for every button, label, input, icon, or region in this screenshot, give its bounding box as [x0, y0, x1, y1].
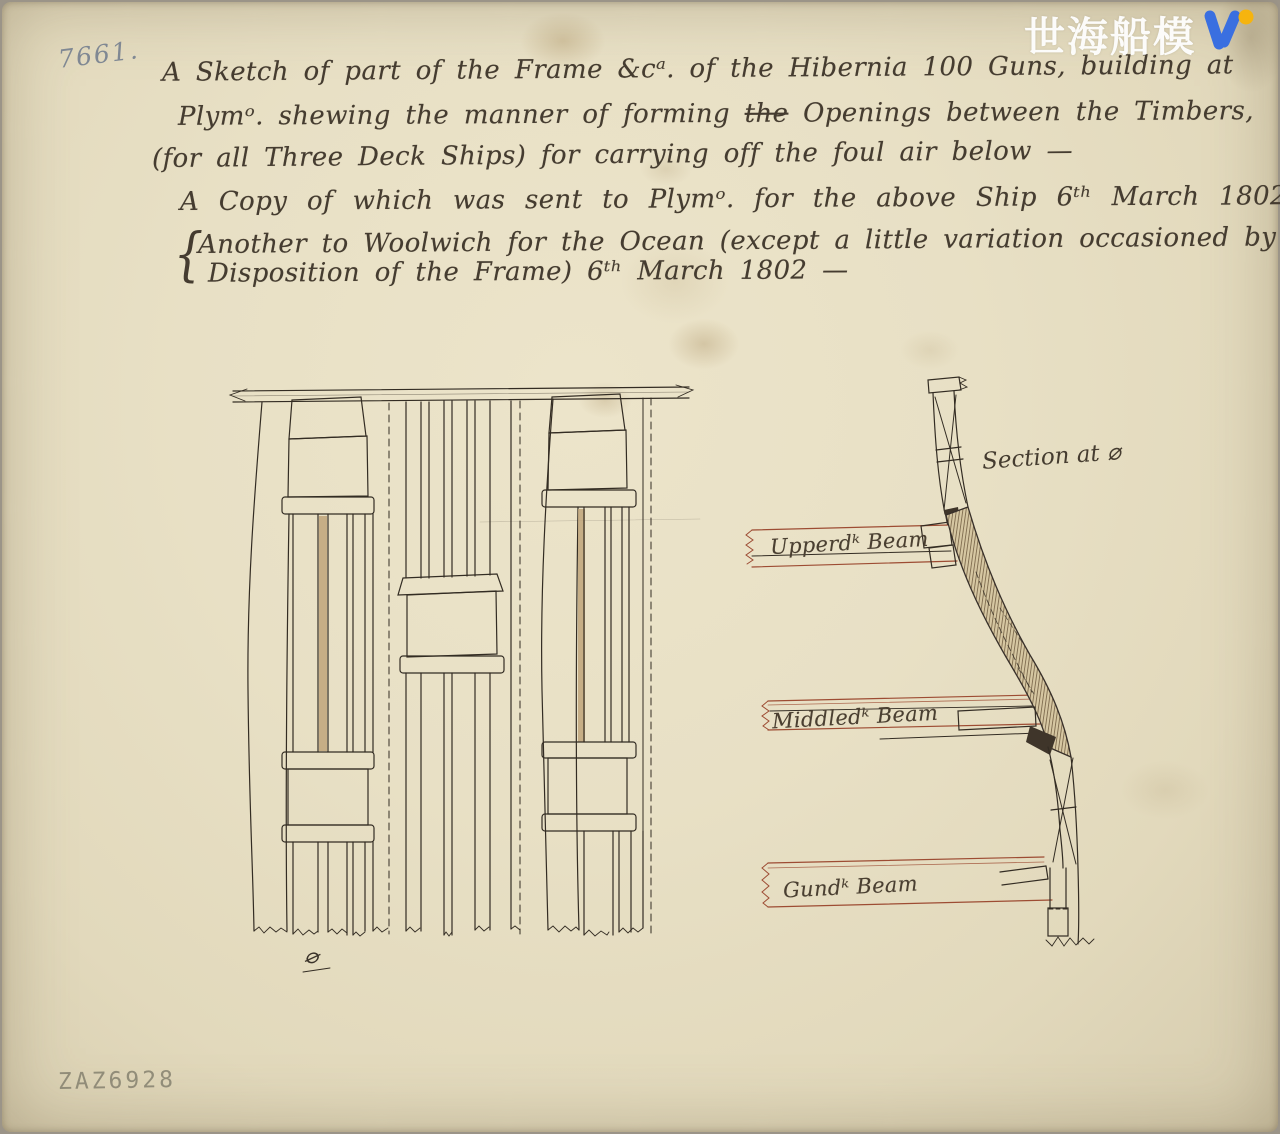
frame-timber-group-center	[398, 401, 504, 936]
frame-elevation-drawing	[225, 370, 705, 985]
watermark-w-logo-icon	[1202, 6, 1256, 54]
watermark: 世海船模	[1024, 4, 1256, 63]
inscription-line-2-post: Openings between the Timbers,	[788, 96, 1254, 128]
frame-timber-group-left	[248, 397, 388, 936]
lower-frame	[1048, 747, 1079, 944]
gun-deck-structure	[1000, 866, 1094, 946]
elevation-linework	[230, 385, 700, 972]
inscription-line-2: Plymᵒ. shewing the manner of forming the…	[178, 96, 1254, 132]
inscription-line-2-pre: Plymᵒ. shewing the manner of forming	[178, 99, 745, 132]
inscription-line-6: Disposition of the Frame) 6ᵗʰ March 1802…	[208, 255, 849, 288]
frame-timber-group-right	[542, 394, 643, 936]
inscription-line-2-struck-word: the	[745, 99, 789, 129]
scanned-document: 7661. ZAZ6928 A Sketch of part of the Fr…	[0, 0, 1280, 1134]
watermark-text: 世海船模	[1024, 4, 1196, 63]
top-timber	[928, 377, 968, 514]
hatched-futtock	[946, 507, 1071, 757]
inscription-line-4: A Copy of which was sent to Plymᵒ. for t…	[180, 181, 1280, 217]
catalog-code: ZAZ6928	[58, 1067, 176, 1095]
